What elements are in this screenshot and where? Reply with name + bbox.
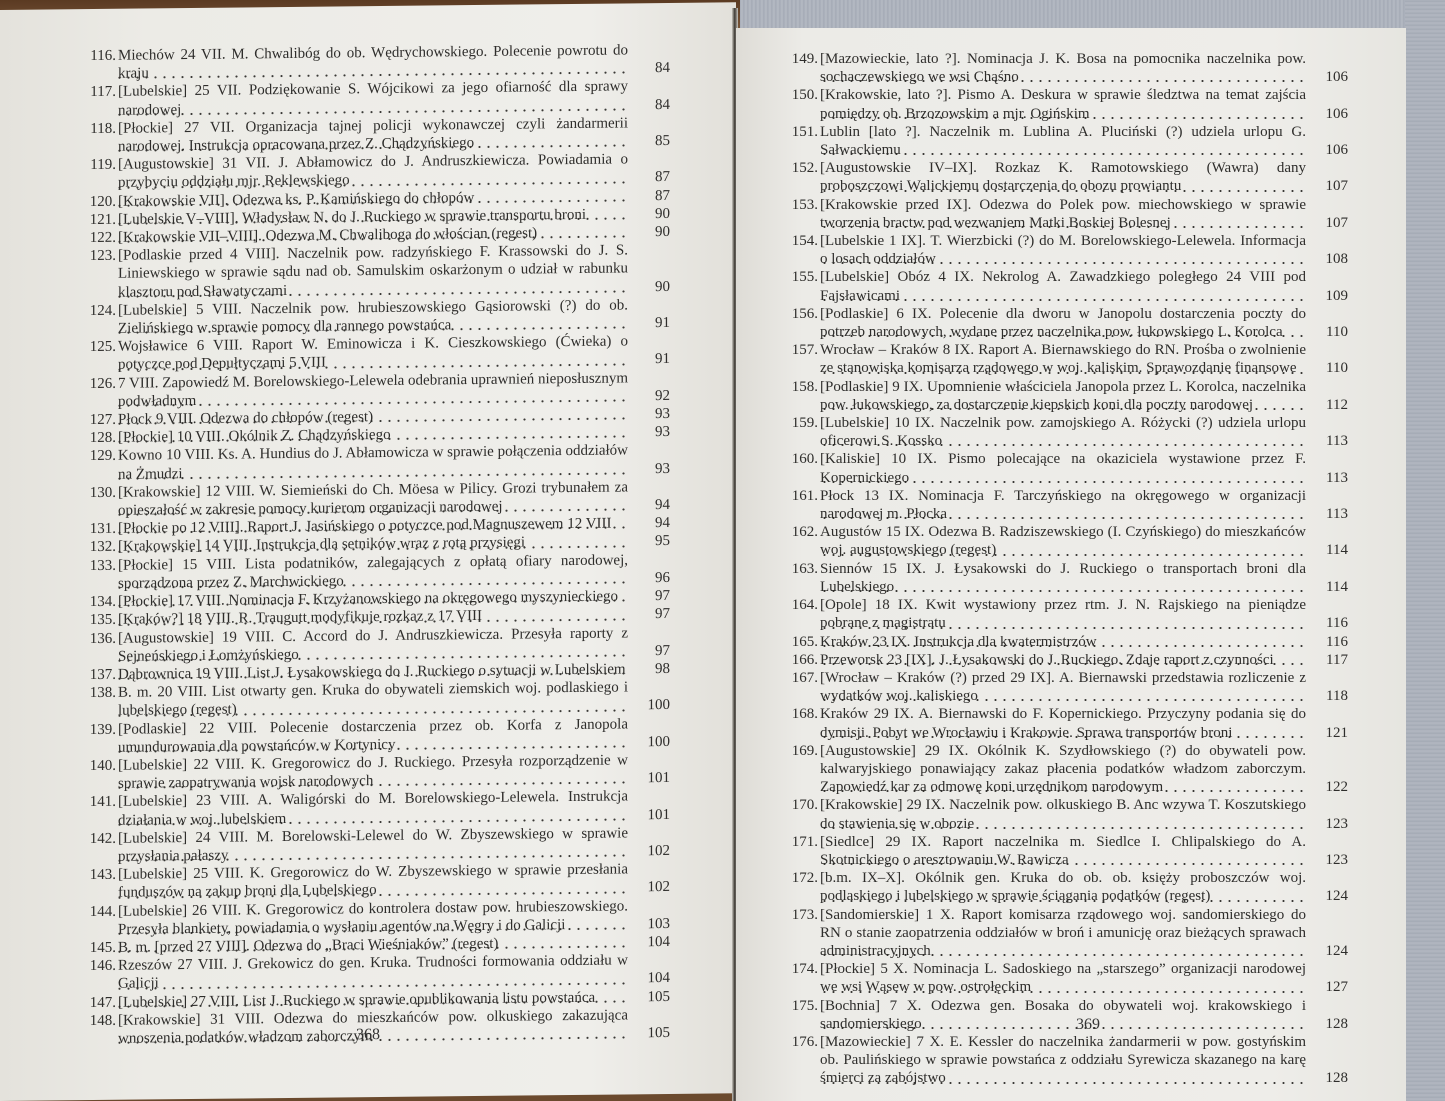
toc-entry: 164. [Opole] 18 IX. Kwit wystawiony prze… bbox=[788, 596, 1348, 632]
entry-number: 150. bbox=[788, 86, 818, 104]
entry-page-number: 93 bbox=[634, 405, 670, 424]
entry-title: Płock 13 IX. Nominacja F. Tarczyńskiego … bbox=[820, 487, 1306, 523]
entry-page-number: 101 bbox=[634, 806, 670, 825]
entry-number: 165. bbox=[788, 633, 818, 651]
entry-number: 119. bbox=[86, 156, 116, 175]
entry-page-number: 118 bbox=[1312, 687, 1348, 705]
toc-entry: 153. [Krakowskie przed IX]. Odezwa do Po… bbox=[788, 196, 1348, 232]
page-number: 369 bbox=[1076, 1016, 1100, 1034]
entry-number: 156. bbox=[788, 305, 818, 323]
toc-entry: 125. Wojsławice 6 VIII. Raport W. Eminow… bbox=[86, 332, 670, 375]
entry-number: 133. bbox=[86, 556, 116, 575]
entry-page-number: 117 bbox=[1312, 651, 1348, 669]
entry-number: 173. bbox=[788, 906, 818, 924]
right-page: 149. [Mazowieckie, lato ?]. Nominacja J.… bbox=[736, 28, 1406, 1101]
entry-title: [Płockie] 27 VII. Organizacja tajnej pol… bbox=[118, 114, 628, 156]
entry-number: 128. bbox=[86, 429, 116, 448]
entry-title: [Krakowskie przed IX]. Odezwa do Polek p… bbox=[820, 196, 1306, 232]
toc-entry: 116. Miechów 24 VII. M. Chwalibóg do ob.… bbox=[86, 41, 670, 84]
entry-page-number: 98 bbox=[634, 660, 670, 679]
entry-title: [b.m. IX–X]. Okólnik gen. Kruka do ob. o… bbox=[820, 869, 1306, 905]
entry-page-number: 124 bbox=[1312, 942, 1348, 960]
entry-number: 151. bbox=[788, 123, 818, 141]
open-book: 116. Miechów 24 VII. M. Chwalibóg do ob.… bbox=[0, 0, 1445, 1101]
page-number: 368 bbox=[356, 1026, 380, 1044]
entry-title: [Lubelskie] 22 VIII. K. Gregorowicz do J… bbox=[118, 751, 628, 793]
entry-title: Rzeszów 27 VIII. J. Grekowicz do gen. Kr… bbox=[118, 952, 628, 994]
toc-entry: 166. Przeworsk 23 [IX]. J. Łysakowski do… bbox=[788, 651, 1348, 669]
toc-entry: 117. [Lubelskie] 25 VII. Podziękowanie S… bbox=[86, 77, 670, 120]
left-page: 116. Miechów 24 VII. M. Chwalibóg do ob.… bbox=[0, 2, 736, 1101]
entry-title: [Kaliskie] 10 IX. Pismo polecające na ok… bbox=[820, 450, 1306, 486]
entry-page-number: 100 bbox=[634, 696, 670, 715]
entry-number: 122. bbox=[86, 229, 116, 248]
entry-number: 147. bbox=[86, 993, 116, 1012]
entry-page-number: 93 bbox=[634, 423, 670, 442]
entry-title: B. m. 20 VIII. List otwarty gen. Kruka d… bbox=[118, 679, 628, 721]
entry-page-number: 104 bbox=[634, 933, 670, 952]
toc-entry: 136. [Augustowskie] 19 VIII. C. Accord d… bbox=[86, 623, 670, 666]
entry-number: 166. bbox=[788, 651, 818, 669]
toc-entry: 155. [Lubelskie] Obóz 4 IX. Nekrolog A. … bbox=[788, 268, 1348, 304]
toc-entry: 171. [Siedlce] 29 IX. Raport naczelnika … bbox=[788, 833, 1348, 869]
entry-title: Przeworsk 23 [IX]. J. Łysakowski do J. R… bbox=[820, 651, 1306, 669]
toc-entry: 151. Lublin [lato ?]. Naczelnik m. Lubli… bbox=[788, 123, 1348, 159]
toc-entry: 167. [Wrocław – Kraków (?) przed 29 IX].… bbox=[788, 669, 1348, 705]
entry-page-number: 116 bbox=[1312, 633, 1348, 651]
entry-page-number: 95 bbox=[634, 532, 670, 551]
table-of-contents-left: 116. Miechów 24 VII. M. Chwalibóg do ob.… bbox=[86, 41, 670, 1048]
entry-page-number: 93 bbox=[634, 460, 670, 479]
entry-page-number: 108 bbox=[1312, 250, 1348, 268]
entry-title: [Płockie] 15 VIII. Lista podatników, zal… bbox=[118, 551, 628, 593]
entry-page-number: 113 bbox=[1312, 469, 1348, 487]
entry-page-number: 90 bbox=[634, 278, 670, 297]
entry-number: 123. bbox=[86, 247, 116, 266]
entry-number: 163. bbox=[788, 560, 818, 578]
entry-page-number: 100 bbox=[634, 733, 670, 752]
entry-title: [Krakowskie] 29 IX. Naczelnik pow. olkus… bbox=[820, 796, 1306, 832]
entry-page-number: 110 bbox=[1312, 323, 1348, 341]
entry-number: 155. bbox=[788, 268, 818, 286]
entry-title: Siennów 15 IX. J. Łysakowski do J. Rucki… bbox=[820, 560, 1306, 596]
toc-entry: 176. [Mazowieckie] 7 X. E. Kessler do na… bbox=[788, 1033, 1348, 1088]
toc-entry: 123. [Podlaskie przed 4 VIII]. Naczelnik… bbox=[86, 241, 670, 302]
entry-number: 117. bbox=[86, 83, 116, 102]
toc-entry: 161. Płock 13 IX. Nominacja F. Tarczyńsk… bbox=[788, 487, 1348, 523]
entry-title: Miechów 24 VII. M. Chwalibóg do ob. Wędr… bbox=[118, 41, 628, 83]
entry-number: 176. bbox=[788, 1033, 818, 1051]
entry-page-number: 122 bbox=[1312, 778, 1348, 796]
toc-entry: 140. [Lubelskie] 22 VIII. K. Gregorowicz… bbox=[86, 751, 670, 794]
toc-entry: 168. Kraków 29 IX. A. Biernawski do F. K… bbox=[788, 705, 1348, 741]
entry-title: [Lubelskie] 23 VIII. A. Waligórski do M.… bbox=[118, 788, 628, 830]
entry-number: 131. bbox=[86, 520, 116, 539]
entry-title: Lublin [lato ?]. Naczelnik m. Lublina A.… bbox=[820, 123, 1306, 159]
entry-number: 132. bbox=[86, 538, 116, 557]
entry-number: 157. bbox=[788, 341, 818, 359]
entry-number: 138. bbox=[86, 684, 116, 703]
entry-title: Wojsławice 6 VIII. Raport W. Eminowicza … bbox=[118, 333, 628, 375]
entry-page-number: 104 bbox=[634, 969, 670, 988]
entry-title: [Podlaskie] 6 IX. Polecenie dla dworu w … bbox=[820, 305, 1306, 341]
entry-page-number: 113 bbox=[1312, 432, 1348, 450]
entry-number: 140. bbox=[86, 757, 116, 776]
toc-entry: 142. [Lubelskie] 24 VIII. M. Borelowski-… bbox=[86, 824, 670, 867]
entry-title: [Augustowskie IV–IX]. Rozkaz K. Ramotows… bbox=[820, 159, 1306, 195]
toc-entry: 141. [Lubelskie] 23 VIII. A. Waligórski … bbox=[86, 787, 670, 830]
entry-number: 154. bbox=[788, 232, 818, 250]
entry-page-number: 90 bbox=[634, 205, 670, 224]
entry-title: [Lubelskie] 10 IX. Naczelnik pow. zamojs… bbox=[820, 414, 1306, 450]
entry-number: 169. bbox=[788, 742, 818, 760]
entry-number: 130. bbox=[86, 484, 116, 503]
entry-page-number: 84 bbox=[634, 96, 670, 115]
toc-entry: 150. [Krakowskie, lato ?]. Pismo A. Desk… bbox=[788, 86, 1348, 122]
entry-title: [Lubelskie 1 IX]. T. Wierzbicki (?) do M… bbox=[820, 232, 1306, 268]
toc-entry: 173. [Sandomierskie] 1 X. Raport komisar… bbox=[788, 906, 1348, 961]
toc-entry: 144. [Lubelskie] 26 VIII. K. Gregorowicz… bbox=[86, 897, 670, 940]
toc-entry: 146. Rzeszów 27 VIII. J. Grekowicz do ge… bbox=[86, 951, 670, 994]
entry-number: 159. bbox=[788, 414, 818, 432]
entry-page-number: 97 bbox=[634, 605, 670, 624]
entry-page-number: 123 bbox=[1312, 815, 1348, 833]
entry-page-number: 107 bbox=[1312, 214, 1348, 232]
toc-entry: 174. [Płockie] 5 X. Nominacja L. Sadoski… bbox=[788, 960, 1348, 996]
entry-page-number: 92 bbox=[634, 387, 670, 406]
entry-number: 143. bbox=[86, 866, 116, 885]
toc-entry: 170. [Krakowskie] 29 IX. Naczelnik pow. … bbox=[788, 796, 1348, 832]
entry-page-number: 94 bbox=[634, 496, 670, 515]
entry-number: 121. bbox=[86, 211, 116, 230]
entry-title: Wrocław – Kraków 8 IX. Raport A. Biernaw… bbox=[820, 341, 1306, 377]
entry-number: 148. bbox=[86, 1012, 116, 1031]
entry-title: [Podlaskie] 22 VIII. Polecenie dostarcze… bbox=[118, 715, 628, 757]
entry-page-number: 106 bbox=[1312, 141, 1348, 159]
entry-page-number: 114 bbox=[1312, 541, 1348, 559]
entry-title: [Krakowskie, lato ?]. Pismo A. Deskura w… bbox=[820, 86, 1306, 122]
entry-page-number: 128 bbox=[1312, 1015, 1348, 1033]
entry-title: [Lubelskie] 25 VII. Podziękowanie S. Wój… bbox=[118, 78, 628, 120]
entry-title: [Wrocław – Kraków (?) przed 29 IX]. A. B… bbox=[820, 669, 1306, 705]
entry-page-number: 85 bbox=[634, 132, 670, 151]
entry-title: [Płockie] 5 X. Nominacja L. Sadoskiego n… bbox=[820, 960, 1306, 996]
entry-number: 120. bbox=[86, 192, 116, 211]
entry-page-number: 106 bbox=[1312, 68, 1348, 86]
toc-entry: 138. B. m. 20 VIII. List otwarty gen. Kr… bbox=[86, 678, 670, 721]
entry-number: 139. bbox=[86, 720, 116, 739]
toc-entry: 156. [Podlaskie] 6 IX. Polecenie dla dwo… bbox=[788, 305, 1348, 341]
entry-title: [Augustowskie] 19 VIII. C. Accord do J. … bbox=[118, 624, 628, 666]
entry-title: [Mazowieckie, lato ?]. Nominacja J. K. B… bbox=[820, 50, 1306, 86]
entry-number: 164. bbox=[788, 596, 818, 614]
toc-entry: 154. [Lubelskie 1 IX]. T. Wierzbicki (?)… bbox=[788, 232, 1348, 268]
toc-entry: 129. Kowno 10 VIII. Ks. A. Hundius do J.… bbox=[86, 441, 670, 484]
entry-page-number: 97 bbox=[634, 587, 670, 606]
toc-entry: 172. [b.m. IX–X]. Okólnik gen. Kruka do … bbox=[788, 869, 1348, 905]
toc-entry: 160. [Kaliskie] 10 IX. Pismo polecające … bbox=[788, 450, 1348, 486]
entry-number: 134. bbox=[86, 593, 116, 612]
entry-title: [Lubelskie] 5 VIII. Naczelnik pow. hrubi… bbox=[118, 296, 628, 338]
entry-number: 171. bbox=[788, 833, 818, 851]
entry-page-number: 84 bbox=[634, 59, 670, 78]
entry-page-number: 116 bbox=[1312, 614, 1348, 632]
entry-title: [Sandomierskie] 1 X. Raport komisarza rz… bbox=[820, 906, 1306, 961]
entry-title: [Mazowieckie] 7 X. E. Kessler do naczeln… bbox=[820, 1033, 1306, 1088]
entry-number: 153. bbox=[788, 196, 818, 214]
entry-number: 141. bbox=[86, 793, 116, 812]
entry-number: 135. bbox=[86, 611, 116, 630]
toc-entry: 130. [Krakowskie] 12 VIII. W. Siemieński… bbox=[86, 478, 670, 521]
entry-number: 136. bbox=[86, 629, 116, 648]
entry-number: 162. bbox=[788, 523, 818, 541]
entry-number: 127. bbox=[86, 411, 116, 430]
entry-title: Augustów 15 IX. Odezwa B. Radziszewskieg… bbox=[820, 523, 1306, 559]
toc-entry: 162. Augustów 15 IX. Odezwa B. Radziszew… bbox=[788, 523, 1348, 559]
entry-title: [Opole] 18 IX. Kwit wystawiony przez rtm… bbox=[820, 596, 1306, 632]
entry-number: 152. bbox=[788, 159, 818, 177]
toc-entry: 149. [Mazowieckie, lato ?]. Nominacja J.… bbox=[788, 50, 1348, 86]
entry-title: [Lubelskie] Obóz 4 IX. Nekrolog A. Zawad… bbox=[820, 268, 1306, 304]
toc-entry: 158. [Podlaskie] 9 IX. Upomnienie właści… bbox=[788, 378, 1348, 414]
toc-entry: 143. [Lubelskie] 25 VIII. K. Gregorowicz… bbox=[86, 860, 670, 903]
entry-page-number: 114 bbox=[1312, 578, 1348, 596]
entry-page-number: 106 bbox=[1312, 105, 1348, 123]
entry-page-number: 112 bbox=[1312, 396, 1348, 414]
entry-page-number: 127 bbox=[1312, 978, 1348, 996]
entry-page-number: 101 bbox=[634, 769, 670, 788]
entry-title: [Krakowskie] 12 VIII. W. Siemieński do C… bbox=[118, 478, 628, 520]
toc-entry: 119. [Augustowskie] 31 VII. J. Abłamowic… bbox=[86, 150, 670, 193]
toc-entry: 175. [Bochnia] 7 X. Odezwa gen. Bosaka d… bbox=[788, 997, 1348, 1033]
entry-number: 145. bbox=[86, 939, 116, 958]
entry-number: 146. bbox=[86, 957, 116, 976]
toc-entry: 126. 7 VIII. Zapowiedź M. Borelowskiego-… bbox=[86, 369, 670, 412]
toc-entry: 169. [Augustowskie] 29 IX. Okólnik K. Sz… bbox=[788, 742, 1348, 797]
entry-title: Kowno 10 VIII. Ks. A. Hundius do J. Abła… bbox=[118, 442, 628, 484]
toc-entry: 118. [Płockie] 27 VII. Organizacja tajne… bbox=[86, 114, 670, 157]
entry-number: 168. bbox=[788, 705, 818, 723]
entry-title: [Augustowskie] 29 IX. Okólnik K. Szydłow… bbox=[820, 742, 1306, 797]
entry-title: [Lubelskie] 26 VIII. K. Gregorowicz do k… bbox=[118, 897, 628, 939]
entry-title: 7 VIII. Zapowiedź M. Borelowskiego-Lelew… bbox=[118, 369, 628, 411]
entry-page-number: 105 bbox=[634, 988, 670, 1007]
entry-title: [Augustowskie] 31 VII. J. Abłamowicz do … bbox=[118, 151, 628, 193]
toc-entry: 152. [Augustowskie IV–IX]. Rozkaz K. Ram… bbox=[788, 159, 1348, 195]
entry-page-number: 97 bbox=[634, 642, 670, 661]
entry-title: Kraków 29 IX. A. Biernawski do F. Kopern… bbox=[820, 705, 1306, 741]
entry-number: 174. bbox=[788, 960, 818, 978]
entry-number: 158. bbox=[788, 378, 818, 396]
entry-number: 124. bbox=[86, 302, 116, 321]
entry-number: 149. bbox=[788, 50, 818, 68]
entry-number: 160. bbox=[788, 450, 818, 468]
entry-title: [Lubelskie] 24 VIII. M. Borelowski-Lelew… bbox=[118, 824, 628, 866]
entry-number: 170. bbox=[788, 796, 818, 814]
entry-page-number: 90 bbox=[634, 223, 670, 242]
entry-number: 144. bbox=[86, 902, 116, 921]
table-of-contents-right: 149. [Mazowieckie, lato ?]. Nominacja J.… bbox=[788, 50, 1348, 1088]
entry-number: 118. bbox=[86, 120, 116, 139]
entry-page-number: 87 bbox=[634, 168, 670, 187]
entry-title: Kraków 23 IX. Instrukcja dla kwatermistr… bbox=[820, 633, 1306, 651]
entry-page-number: 96 bbox=[634, 569, 670, 588]
entry-number: 161. bbox=[788, 487, 818, 505]
entry-number: 125. bbox=[86, 338, 116, 357]
toc-entry: 157. Wrocław – Kraków 8 IX. Raport A. Bi… bbox=[788, 341, 1348, 377]
entry-page-number: 102 bbox=[634, 842, 670, 861]
entry-title: [Bochnia] 7 X. Odezwa gen. Bosaka do oby… bbox=[820, 997, 1306, 1033]
toc-entry: 139. [Podlaskie] 22 VIII. Polecenie dost… bbox=[86, 714, 670, 757]
entry-page-number: 91 bbox=[634, 314, 670, 333]
entry-page-number: 107 bbox=[1312, 177, 1348, 195]
entry-page-number: 123 bbox=[1312, 851, 1348, 869]
entry-page-number: 121 bbox=[1312, 724, 1348, 742]
toc-entry: 159. [Lubelskie] 10 IX. Naczelnik pow. z… bbox=[788, 414, 1348, 450]
entry-page-number: 113 bbox=[1312, 505, 1348, 523]
entry-title: [Siedlce] 29 IX. Raport naczelnika m. Si… bbox=[820, 833, 1306, 869]
entry-number: 142. bbox=[86, 830, 116, 849]
toc-entry: 124. [Lubelskie] 5 VIII. Naczelnik pow. … bbox=[86, 296, 670, 339]
entry-page-number: 128 bbox=[1312, 1069, 1348, 1087]
entry-page-number: 91 bbox=[634, 350, 670, 369]
entry-page-number: 105 bbox=[634, 1024, 670, 1043]
entry-page-number: 87 bbox=[634, 187, 670, 206]
toc-entry: 133. [Płockie] 15 VIII. Lista podatników… bbox=[86, 551, 670, 594]
entry-number: 167. bbox=[788, 669, 818, 687]
entry-number: 126. bbox=[86, 374, 116, 393]
entry-page-number: 103 bbox=[634, 915, 670, 934]
entry-title: [Lubelskie] 25 VIII. K. Gregorowicz do W… bbox=[118, 861, 628, 903]
entry-number: 116. bbox=[86, 47, 116, 66]
entry-page-number: 102 bbox=[634, 878, 670, 897]
entry-page-number: 124 bbox=[1312, 887, 1348, 905]
toc-entry: 163. Siennów 15 IX. J. Łysakowski do J. … bbox=[788, 560, 1348, 596]
entry-number: 172. bbox=[788, 869, 818, 887]
entry-number: 175. bbox=[788, 997, 818, 1015]
entry-page-number: 94 bbox=[634, 514, 670, 533]
entry-number: 129. bbox=[86, 447, 116, 466]
entry-page-number: 109 bbox=[1312, 287, 1348, 305]
toc-entry: 165. Kraków 23 IX. Instrukcja dla kwater… bbox=[788, 633, 1348, 651]
entry-page-number: 110 bbox=[1312, 359, 1348, 377]
entry-title: [Podlaskie przed 4 VIII]. Naczelnik pow.… bbox=[118, 242, 628, 302]
entry-title: [Podlaskie] 9 IX. Upomnienie właściciela… bbox=[820, 378, 1306, 414]
entry-number: 137. bbox=[86, 666, 116, 685]
